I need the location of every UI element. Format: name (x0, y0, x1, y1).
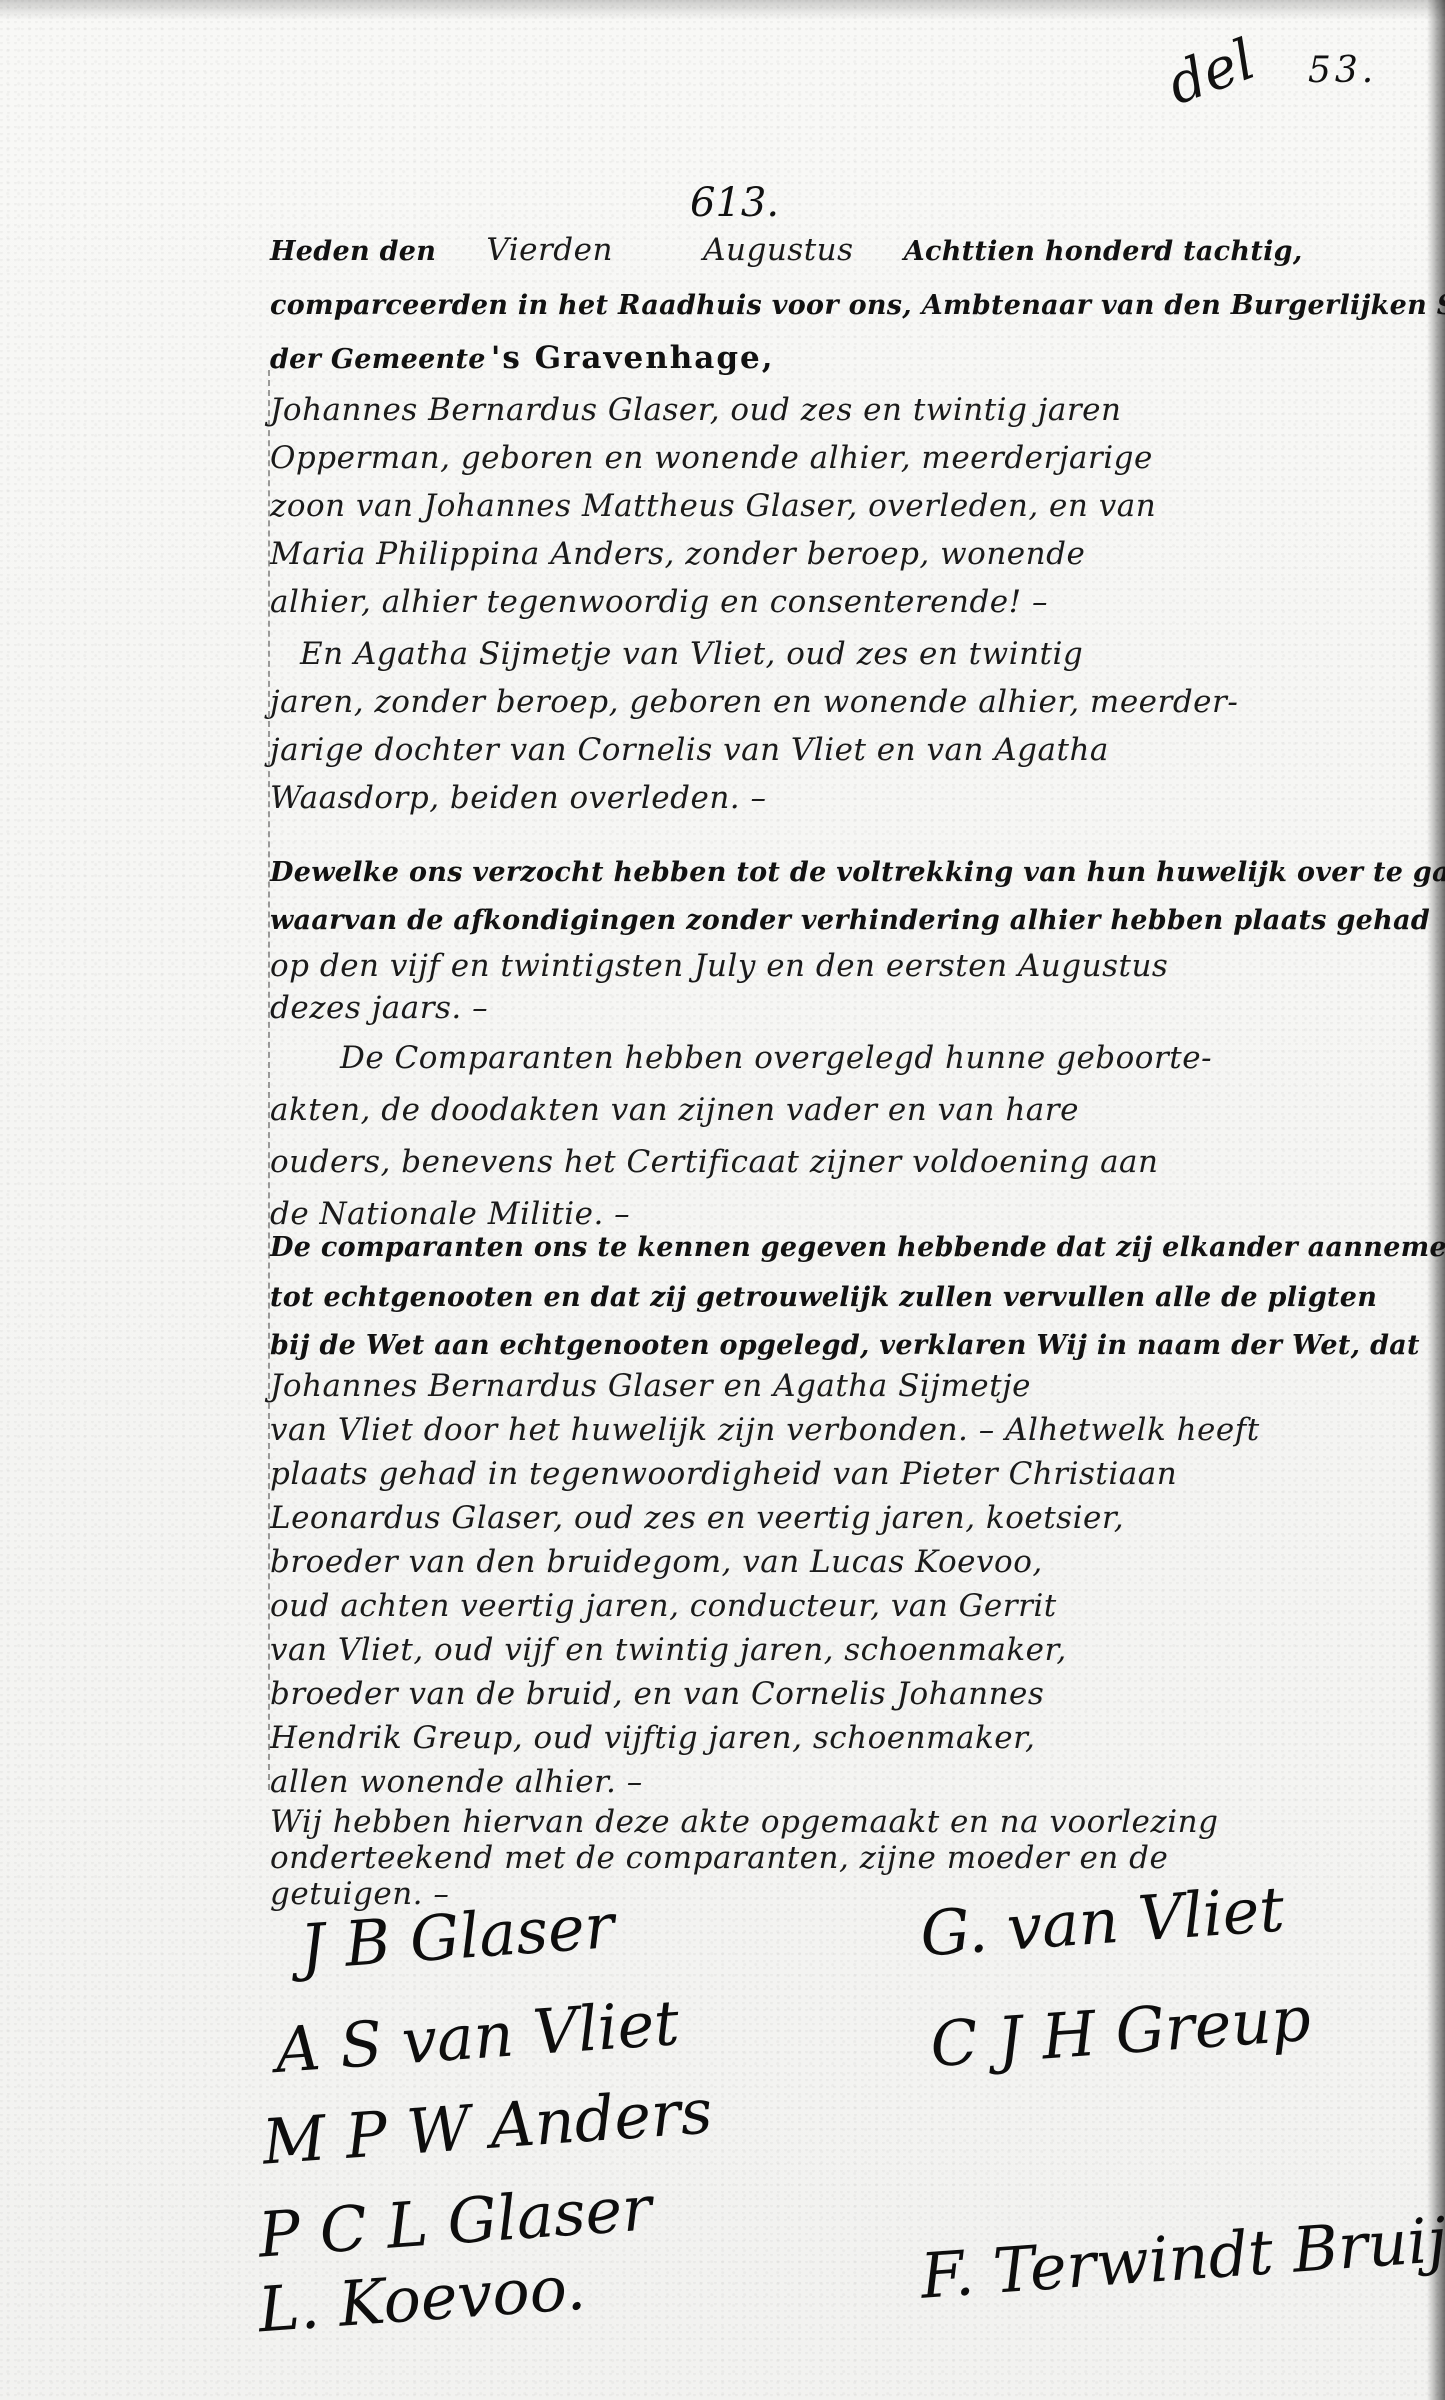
marriage-year: Achttien honderd tachtig, (904, 236, 1303, 267)
marriage-day: Vierden (486, 232, 613, 268)
municipality-name: 's Gravenhage, (491, 340, 775, 376)
banns-dates: op den vijf en twintigsten July en den e… (270, 948, 1390, 984)
page-number: 53. (1308, 50, 1377, 91)
banns-printed-2: waarvan de afkondigingen zonder verhinde… (270, 905, 1390, 936)
signature-bride: A S van Vliet (273, 1986, 681, 2087)
declaration-line: onderteekend met de comparanten, zijne m… (270, 1840, 1390, 1876)
declaration-line: Leonardus Glaser, oud zes en veertig jar… (270, 1500, 1390, 1536)
documents-line: ouders, benevens het Certificaat zijner … (270, 1144, 1390, 1180)
declaration-line: van Vliet, oud vijf en twintig jaren, sc… (270, 1632, 1390, 1668)
header-line-1: Heden den Vierden Augustus Achttien hond… (270, 232, 1390, 268)
declaration-line: oud achten veertig jaren, conducteur, va… (270, 1588, 1390, 1624)
bride-line: En Agatha Sijmetje van Vliet, oud zes en… (300, 636, 1420, 672)
declaration-line: van Vliet door het huwelijk zijn verbond… (270, 1412, 1390, 1448)
corner-annotation: del (1160, 27, 1264, 118)
groom-line: Johannes Bernardus Glaser, oud zes en tw… (270, 392, 1390, 428)
signature-witness: C J H Greup (928, 1982, 1313, 2081)
document-scan: del 53. 613. Heden den Vierden Augustus … (0, 0, 1445, 2400)
scan-right-edge-shadow (1427, 0, 1445, 2400)
declaration-printed-2: tot echtgenooten en dat zij getrouwelijk… (270, 1282, 1390, 1313)
documents-line: De Comparanten hebben overgelegd hunne g… (340, 1040, 1445, 1076)
bride-line: Waasdorp, beiden overleden. – (270, 780, 1390, 816)
header-line-2: comparceerden in het Raadhuis voor ons, … (270, 290, 1390, 321)
municipality-label: der Gemeente (270, 344, 486, 375)
bride-line: jarige dochter van Cornelis van Vliet en… (270, 732, 1390, 768)
banns-year: dezes jaars. – (270, 990, 1390, 1026)
signature-mother: M P W Anders (260, 2074, 715, 2178)
header-line-3: der Gemeente 's Gravenhage, (270, 340, 1390, 376)
declaration-line: broeder van den bruidegom, van Lucas Koe… (270, 1544, 1390, 1580)
documents-line: de Nationale Militie. – (270, 1196, 1390, 1232)
act-number: 613. (690, 180, 779, 226)
signature-registrar: F. Terwindt Bruijn (918, 2200, 1445, 2312)
declaration-line: Johannes Bernardus Glaser en Agatha Sijm… (270, 1368, 1390, 1404)
marriage-month: Augustus (703, 232, 853, 268)
declaration-line: broeder van de bruid, en van Cornelis Jo… (270, 1676, 1390, 1712)
signature-witness: P C L Glaser (256, 2171, 654, 2271)
declaration-printed-3: bij de Wet aan echtgenooten opgelegd, ve… (270, 1330, 1390, 1361)
groom-line: Maria Philippina Anders, zonder beroep, … (270, 536, 1390, 572)
groom-line: zoon van Johannes Mattheus Glaser, overl… (270, 488, 1390, 524)
declaration-line: plaats gehad in tegenwoordigheid van Pie… (270, 1456, 1390, 1492)
declaration-printed-1: De comparanten ons te kennen gegeven heb… (270, 1232, 1390, 1263)
declaration-line: Hendrik Greup, oud vijftig jaren, schoen… (270, 1720, 1390, 1756)
header-prefix: Heden den (270, 236, 436, 267)
declaration-line: Wij hebben hiervan deze akte opgemaakt e… (270, 1804, 1390, 1840)
groom-line: alhier, alhier tegenwoordig en consenter… (270, 584, 1390, 620)
declaration-line: allen wonende alhier. – (270, 1764, 1390, 1800)
documents-line: akten, de doodakten van zijnen vader en … (270, 1092, 1390, 1128)
groom-line: Opperman, geboren en wonende alhier, mee… (270, 440, 1390, 476)
scan-top-shadow (0, 0, 1445, 20)
bride-line: jaren, zonder beroep, geboren en wonende… (270, 684, 1390, 720)
banns-printed-1: Dewelke ons verzocht hebben tot de voltr… (270, 857, 1390, 888)
